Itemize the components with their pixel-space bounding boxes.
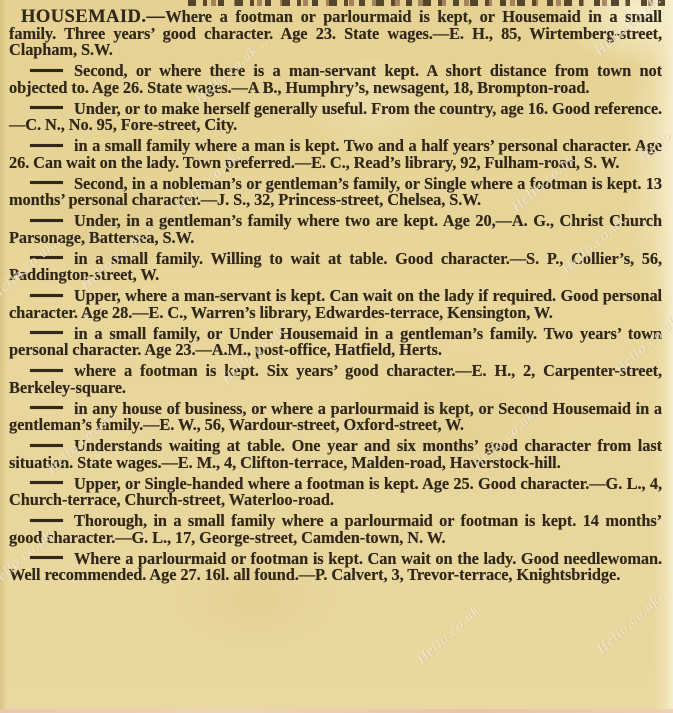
scanned-newspaper-page: HOUSEMAID.—Where a footman or parlourmai… (0, 0, 673, 713)
entry-text: Second, in a nobleman’s or gentleman’s f… (9, 174, 662, 210)
ditto-dash-icon (30, 256, 63, 259)
entry-text: Second, or where there is a man-servant … (9, 61, 662, 97)
ditto-dash-icon (30, 181, 63, 184)
classified-entry: Second, or where there is a man-servant … (9, 63, 662, 96)
classified-entry: HOUSEMAID.—Where a footman or parlourmai… (9, 9, 662, 59)
entry-text: in a small family. Willing to wait at ta… (9, 249, 662, 285)
ditto-dash-icon (30, 369, 63, 372)
entry-text: Where a parlourmaid or footman is kept. … (9, 549, 662, 585)
ditto-dash-icon (30, 106, 63, 109)
entry-text: Upper, or Single-handed where a footman … (9, 474, 662, 510)
ditto-dash-icon (30, 481, 63, 484)
ditto-dash-icon (30, 519, 63, 522)
entry-text: in a small family where a man is kept. T… (9, 136, 662, 172)
ditto-dash-icon (30, 331, 63, 334)
classified-entry: Under, or to make herself generally usef… (9, 101, 662, 134)
classified-entry: Second, in a nobleman’s or gentleman’s f… (9, 176, 662, 209)
classified-entry: Upper, or Single-handed where a footman … (9, 476, 662, 509)
entry-text: Upper, where a man-servant is kept. Can … (9, 286, 662, 322)
classified-entry: Upper, where a man-servant is kept. Can … (9, 288, 662, 321)
entry-text: Thorough, in a small family where a parl… (9, 511, 662, 547)
classified-entry: Where a parlourmaid or footman is kept. … (9, 551, 662, 584)
classified-entry: Understands waiting at table. One year a… (9, 438, 662, 471)
cropped-previous-line-fragment (188, 0, 665, 6)
classified-entry: in a small family. Willing to wait at ta… (9, 251, 662, 284)
ditto-dash-icon (30, 144, 63, 147)
classified-entry: where a footman is kept. Six years’ good… (9, 363, 662, 396)
entry-text: Under, or to make herself generally usef… (9, 99, 662, 135)
ditto-dash-icon (30, 444, 63, 447)
classified-entry: in a small family where a man is kept. T… (9, 138, 662, 171)
classified-entry: in a small family, or Under Housemaid in… (9, 326, 662, 359)
ditto-dash-icon (30, 69, 63, 72)
watermark-text: Hello.co.uk... (594, 583, 673, 658)
entry-text: in a small family, or Under Housemaid in… (9, 324, 662, 360)
watermark-text: Hello.co.uk... (414, 593, 495, 668)
ditto-dash-icon (30, 294, 63, 297)
entry-text: where a footman is kept. Six years’ good… (9, 361, 662, 397)
classified-ads-column: HOUSEMAID.—Where a footman or parlourmai… (9, 9, 662, 588)
entry-text: Under, in a gentleman’s family where two… (9, 211, 662, 247)
entry-text: in any house of business, or where a par… (9, 399, 662, 435)
classified-entry: Under, in a gentleman’s family where two… (9, 213, 662, 246)
classified-entry: in any house of business, or where a par… (9, 401, 662, 434)
ditto-dash-icon (30, 406, 63, 409)
classified-entry: Thorough, in a small family where a parl… (9, 513, 662, 546)
ditto-dash-icon (30, 556, 63, 559)
ditto-dash-icon (30, 219, 63, 222)
entry-text: Understands waiting at table. One year a… (9, 436, 662, 472)
page-bottom-edge (0, 709, 673, 713)
